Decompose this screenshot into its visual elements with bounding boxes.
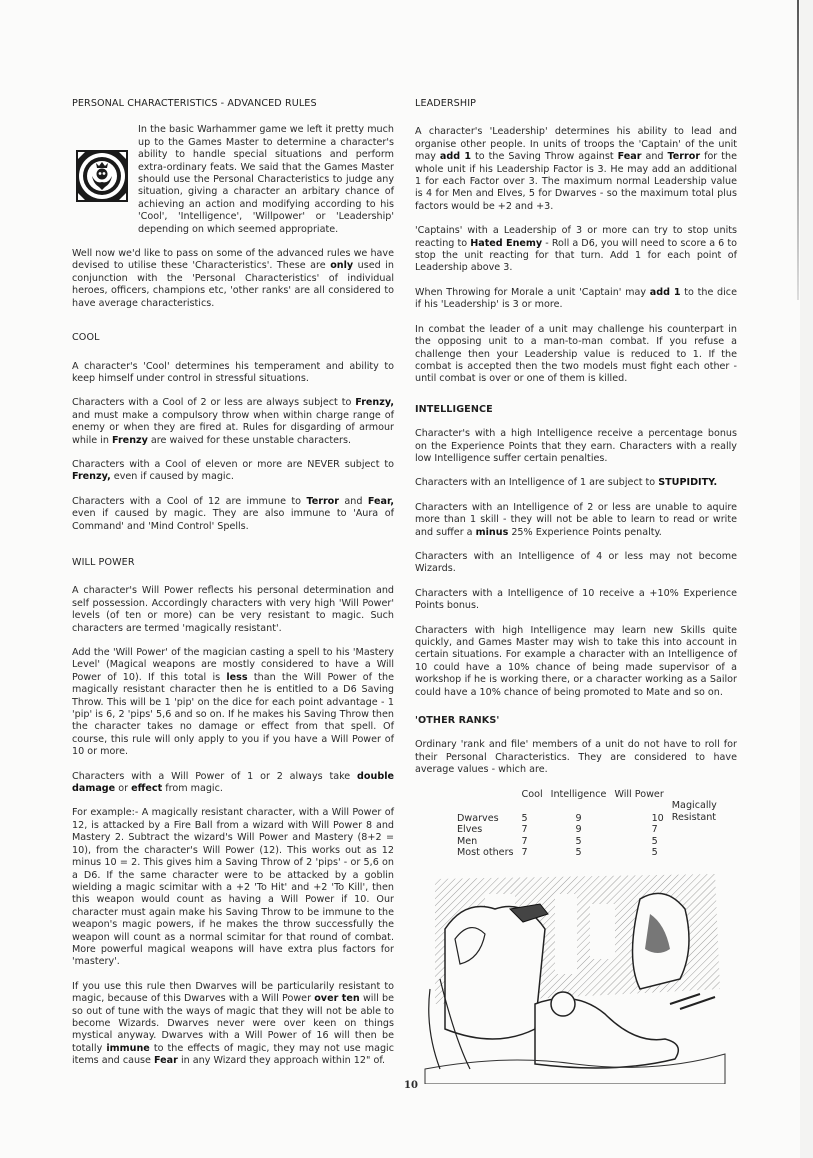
section-will-power: WILL POWER A character's Will Power refl… xyxy=(72,557,394,1068)
table-row: Elves 7 9 7 xyxy=(453,824,736,836)
leadership-p3: When Throwing for Morale a unit 'Captain… xyxy=(415,287,737,312)
heading-cool: COOL xyxy=(72,332,394,344)
magically-resistant-note: Magically Resistant xyxy=(668,800,736,824)
other-ranks-p1: Ordinary 'rank and file' members of a un… xyxy=(415,739,737,776)
table-row: Men 7 5 5 xyxy=(453,836,736,848)
will-power-p4: For example:- A magically resistant char… xyxy=(72,807,394,968)
page-edge xyxy=(800,0,813,1158)
header-intelligence: Intelligence xyxy=(547,789,611,801)
section-cool: COOL A character's 'Cool' determines his… xyxy=(72,332,394,533)
heading-personal-characteristics: PERSONAL CHARACTERISTICS - ADVANCED RULE… xyxy=(72,98,394,110)
intelligence-p3: Characters with an Intelligence of 2 or … xyxy=(415,502,737,539)
leadership-p2: 'Captains' with a Leadership of 3 or mor… xyxy=(415,225,737,275)
intro-block: In the basic Warhammer game we left it p… xyxy=(72,126,394,236)
book-spine-shadow xyxy=(797,0,799,300)
table-header-row: Cool Intelligence Will Power xyxy=(453,789,736,801)
intelligence-p1: Character's with a high Intelligence rec… xyxy=(415,428,737,465)
will-power-p5: If you use this rule then Dwarves will b… xyxy=(72,981,394,1068)
header-cool: Cool xyxy=(518,789,547,801)
section-leadership: LEADERSHIP A character's 'Leadership' de… xyxy=(415,98,737,386)
will-power-p2: Add the 'Will Power' of the magician cas… xyxy=(72,647,394,759)
heading-other-ranks: 'OTHER RANKS' xyxy=(415,715,737,727)
dwarves-illustration xyxy=(415,869,735,1084)
intro-paragraph: In the basic Warhammer game we left it p… xyxy=(138,124,394,236)
heading-intelligence: INTELLIGENCE xyxy=(415,404,737,416)
section-intelligence: INTELLIGENCE Character's with a high Int… xyxy=(415,404,737,699)
heading-leadership: LEADERSHIP xyxy=(415,98,737,110)
right-column: LEADERSHIP A character's 'Leadership' de… xyxy=(415,98,737,1088)
will-power-p1: A character's Will Power reflects his pe… xyxy=(72,585,394,635)
leadership-p4: In combat the leader of a unit may chall… xyxy=(415,324,737,386)
skull-crest-icon xyxy=(76,150,128,202)
section-other-ranks: 'OTHER RANKS' Ordinary 'rank and file' m… xyxy=(415,715,737,1088)
intelligence-p4: Characters with an Intelligence of 4 or … xyxy=(415,551,737,576)
heading-will-power: WILL POWER xyxy=(72,557,394,569)
intelligence-p5: Characters with a Intelligence of 10 rec… xyxy=(415,588,737,613)
table-row: Most others 7 5 5 xyxy=(453,847,736,859)
average-values-table: Cool Intelligence Will Power Dwarves 5 9… xyxy=(453,789,736,859)
intelligence-p2: Characters with an Intelligence of 1 are… xyxy=(415,477,737,489)
cool-p3: Characters with a Cool of eleven or more… xyxy=(72,459,394,484)
leadership-p1: A character's 'Leadership' determines hi… xyxy=(415,126,737,213)
left-column: PERSONAL CHARACTERISTICS - ADVANCED RULE… xyxy=(72,98,394,1080)
cool-p4: Characters with a Cool of 12 are immune … xyxy=(72,496,394,533)
table-row: Dwarves 5 9 10 Magically Resistant xyxy=(453,800,736,824)
intelligence-p6: Characters with high Intelligence may le… xyxy=(415,625,737,699)
header-will-power: Will Power xyxy=(610,789,667,801)
cool-p1: A character's 'Cool' determines his temp… xyxy=(72,361,394,386)
will-power-p3: Characters with a Will Power of 1 or 2 a… xyxy=(72,771,394,796)
intro-paragraph-2: Well now we'd like to pass on some of th… xyxy=(72,248,394,310)
cool-p2: Characters with a Cool of 2 or less are … xyxy=(72,397,394,447)
page-number: 10 xyxy=(404,1080,418,1091)
